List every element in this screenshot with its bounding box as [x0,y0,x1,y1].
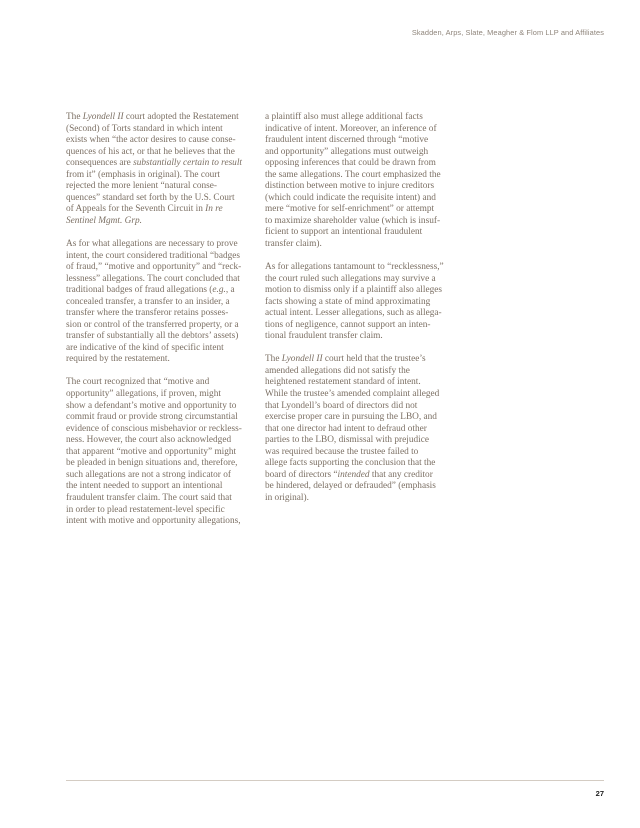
text-line: The Lyondell II court held that the trus… [265,354,455,366]
text-line: the court ruled such allegations may sur… [265,274,455,286]
text: court adopted the Restatement [124,112,239,122]
text-line: exercise proper care in pursuing the LBO… [265,412,455,424]
text-line: intent with motive and opportunity alleg… [66,516,256,528]
text-line: rejected the more lenient “natural conse… [66,181,256,193]
text-line: and opportunity” allegations must outwei… [265,147,455,159]
case-name-italic: Lyondell II [83,112,124,122]
text: , a [226,285,235,295]
left-column: The Lyondell II court adopted the Restat… [66,112,256,539]
paragraph-recklessness: As for allegations tantamount to “reckle… [265,262,455,343]
text-line: the same allegations. The court emphasiz… [265,170,455,182]
text-line: show a defendant’s motive and opportunit… [66,401,256,413]
text-line: fraudulent transfer claim. The court sai… [66,493,256,505]
text-line: heightened restatement standard of inten… [265,377,455,389]
text: that any creditor [370,470,433,480]
text-line: parties to the LBO, dismissal with preju… [265,435,455,447]
text-line: be pleaded in benign situations and, the… [66,458,256,470]
case-name-italic: In re [205,204,222,214]
text-line: ficient to support an intentional fraudu… [265,227,455,239]
text-line: tions of negligence, cannot support an i… [265,320,455,332]
text: traditional badges of fraud allegations … [66,285,212,295]
text-line: be hindered, delayed or defrauded” (emph… [265,481,455,493]
text-line: lessness” allegations. The court conclud… [66,274,256,286]
text-line: The court recognized that “motive and [66,377,256,389]
page-number: 27 [596,789,604,798]
footer-divider [66,780,604,781]
text-line: the intent needed to support an intentio… [66,481,256,493]
text-line: (which could indicate the requisite inte… [265,193,455,205]
text-line: to maximize shareholder value (which is … [265,216,455,228]
case-name-italic: Sentinel Mgmt. Grp. [66,216,142,226]
text-line: required by the restatement. [66,354,256,366]
text-line: a plaintiff also must allege additional … [265,112,455,124]
emphasis-italic: substantially certain to result [133,158,242,168]
text-line: fraudulent intent discerned through “mot… [265,135,455,147]
paragraph-restatement-standard: The Lyondell II court adopted the Restat… [66,112,256,227]
emphasis-italic: intended [338,470,370,480]
text-line: The Lyondell II court adopted the Restat… [66,112,256,124]
text: board of directors “ [265,470,338,480]
paragraph-allegations-necessary: As for what allegations are necessary to… [66,239,256,366]
text-line: traditional badges of fraud allegations … [66,285,256,297]
text-line: amended allegations did not satisfy the [265,366,455,378]
text-line: transfer of substantially all the debtor… [66,331,256,343]
text-line: While the trustee’s amended complaint al… [265,389,455,401]
text-line: evidence of conscious misbehavior or rec… [66,424,256,436]
text-line: intent, the court considered traditional… [66,251,256,263]
text-line: was required because the trustee failed … [265,447,455,459]
text-line: of fraud,” “motive and opportunity” and … [66,262,256,274]
text-line: commit fraud or provide strong circumsta… [66,412,256,424]
text-line: (Second) of Torts standard in which inte… [66,124,256,136]
text-line: board of directors “intended that any cr… [265,470,455,482]
text-line: quences of his act, or that he believes … [66,147,256,159]
text: The [265,354,282,364]
text-line: indicative of intent. Moreover, an infer… [265,124,455,136]
text: The [66,112,83,122]
text-line: exists when “the actor desires to cause … [66,135,256,147]
text-line: tional fraudulent transfer claim. [265,331,455,343]
text-line: ness. However, the court also acknowledg… [66,435,256,447]
right-column: a plaintiff also must allege additional … [265,112,455,516]
case-name-italic: Lyondell II [282,354,323,364]
text-line: transfer where the transferor retains po… [66,308,256,320]
text-line: in order to plead restatement-level spec… [66,505,256,517]
text-line: allege facts supporting the conclusion t… [265,458,455,470]
text-line: that apparent “motive and opportunity” m… [66,447,256,459]
text-line: transfer claim). [265,239,455,251]
text-line: opportunity” allegations, if proven, mig… [66,389,256,401]
text-line: Sentinel Mgmt. Grp. [66,216,256,228]
text-line: motion to dismiss only if a plaintiff al… [265,285,455,297]
text-line: are indicative of the kind of specific i… [66,343,256,355]
text-line: of Appeals for the Seventh Circuit in In… [66,204,256,216]
paragraph-holding: The Lyondell II court held that the trus… [265,354,455,504]
text-line: from it” (emphasis in original). The cou… [66,170,256,182]
text: of Appeals for the Seventh Circuit in [66,204,205,214]
text-line: opposing inferences that could be drawn … [265,158,455,170]
text-line: quences” standard set forth by the U.S. … [66,193,256,205]
text-line: mere “motive for self-enrichment” or att… [265,204,455,216]
abbreviation-italic: e.g. [212,285,225,295]
text-line: concealed transfer, a transfer to an ins… [66,297,256,309]
text-line: As for allegations tantamount to “reckle… [265,262,455,274]
paragraph-motive-opportunity: The court recognized that “motive and op… [66,377,256,527]
text: consequences are [66,158,133,168]
text-line: such allegations are not a strong indica… [66,470,256,482]
text-line: facts showing a state of mind approximat… [265,297,455,309]
text-line: that Lyondell’s board of directors did n… [265,401,455,413]
text-line: As for what allegations are necessary to… [66,239,256,251]
text-line: in original). [265,493,455,505]
paragraph-additional-facts: a plaintiff also must allege additional … [265,112,455,251]
text-line: sion or control of the transferred prope… [66,320,256,332]
text-line: that one director had intent to defraud … [265,424,455,436]
text-line: actual intent. Lesser allegations, such … [265,308,455,320]
text: court held that the trustee’s [323,354,426,364]
text-line: distinction between motive to injure cre… [265,181,455,193]
page-header-firm-name: Skadden, Arps, Slate, Meagher & Flom LLP… [412,28,604,37]
text-line: consequences are substantially certain t… [66,158,256,170]
